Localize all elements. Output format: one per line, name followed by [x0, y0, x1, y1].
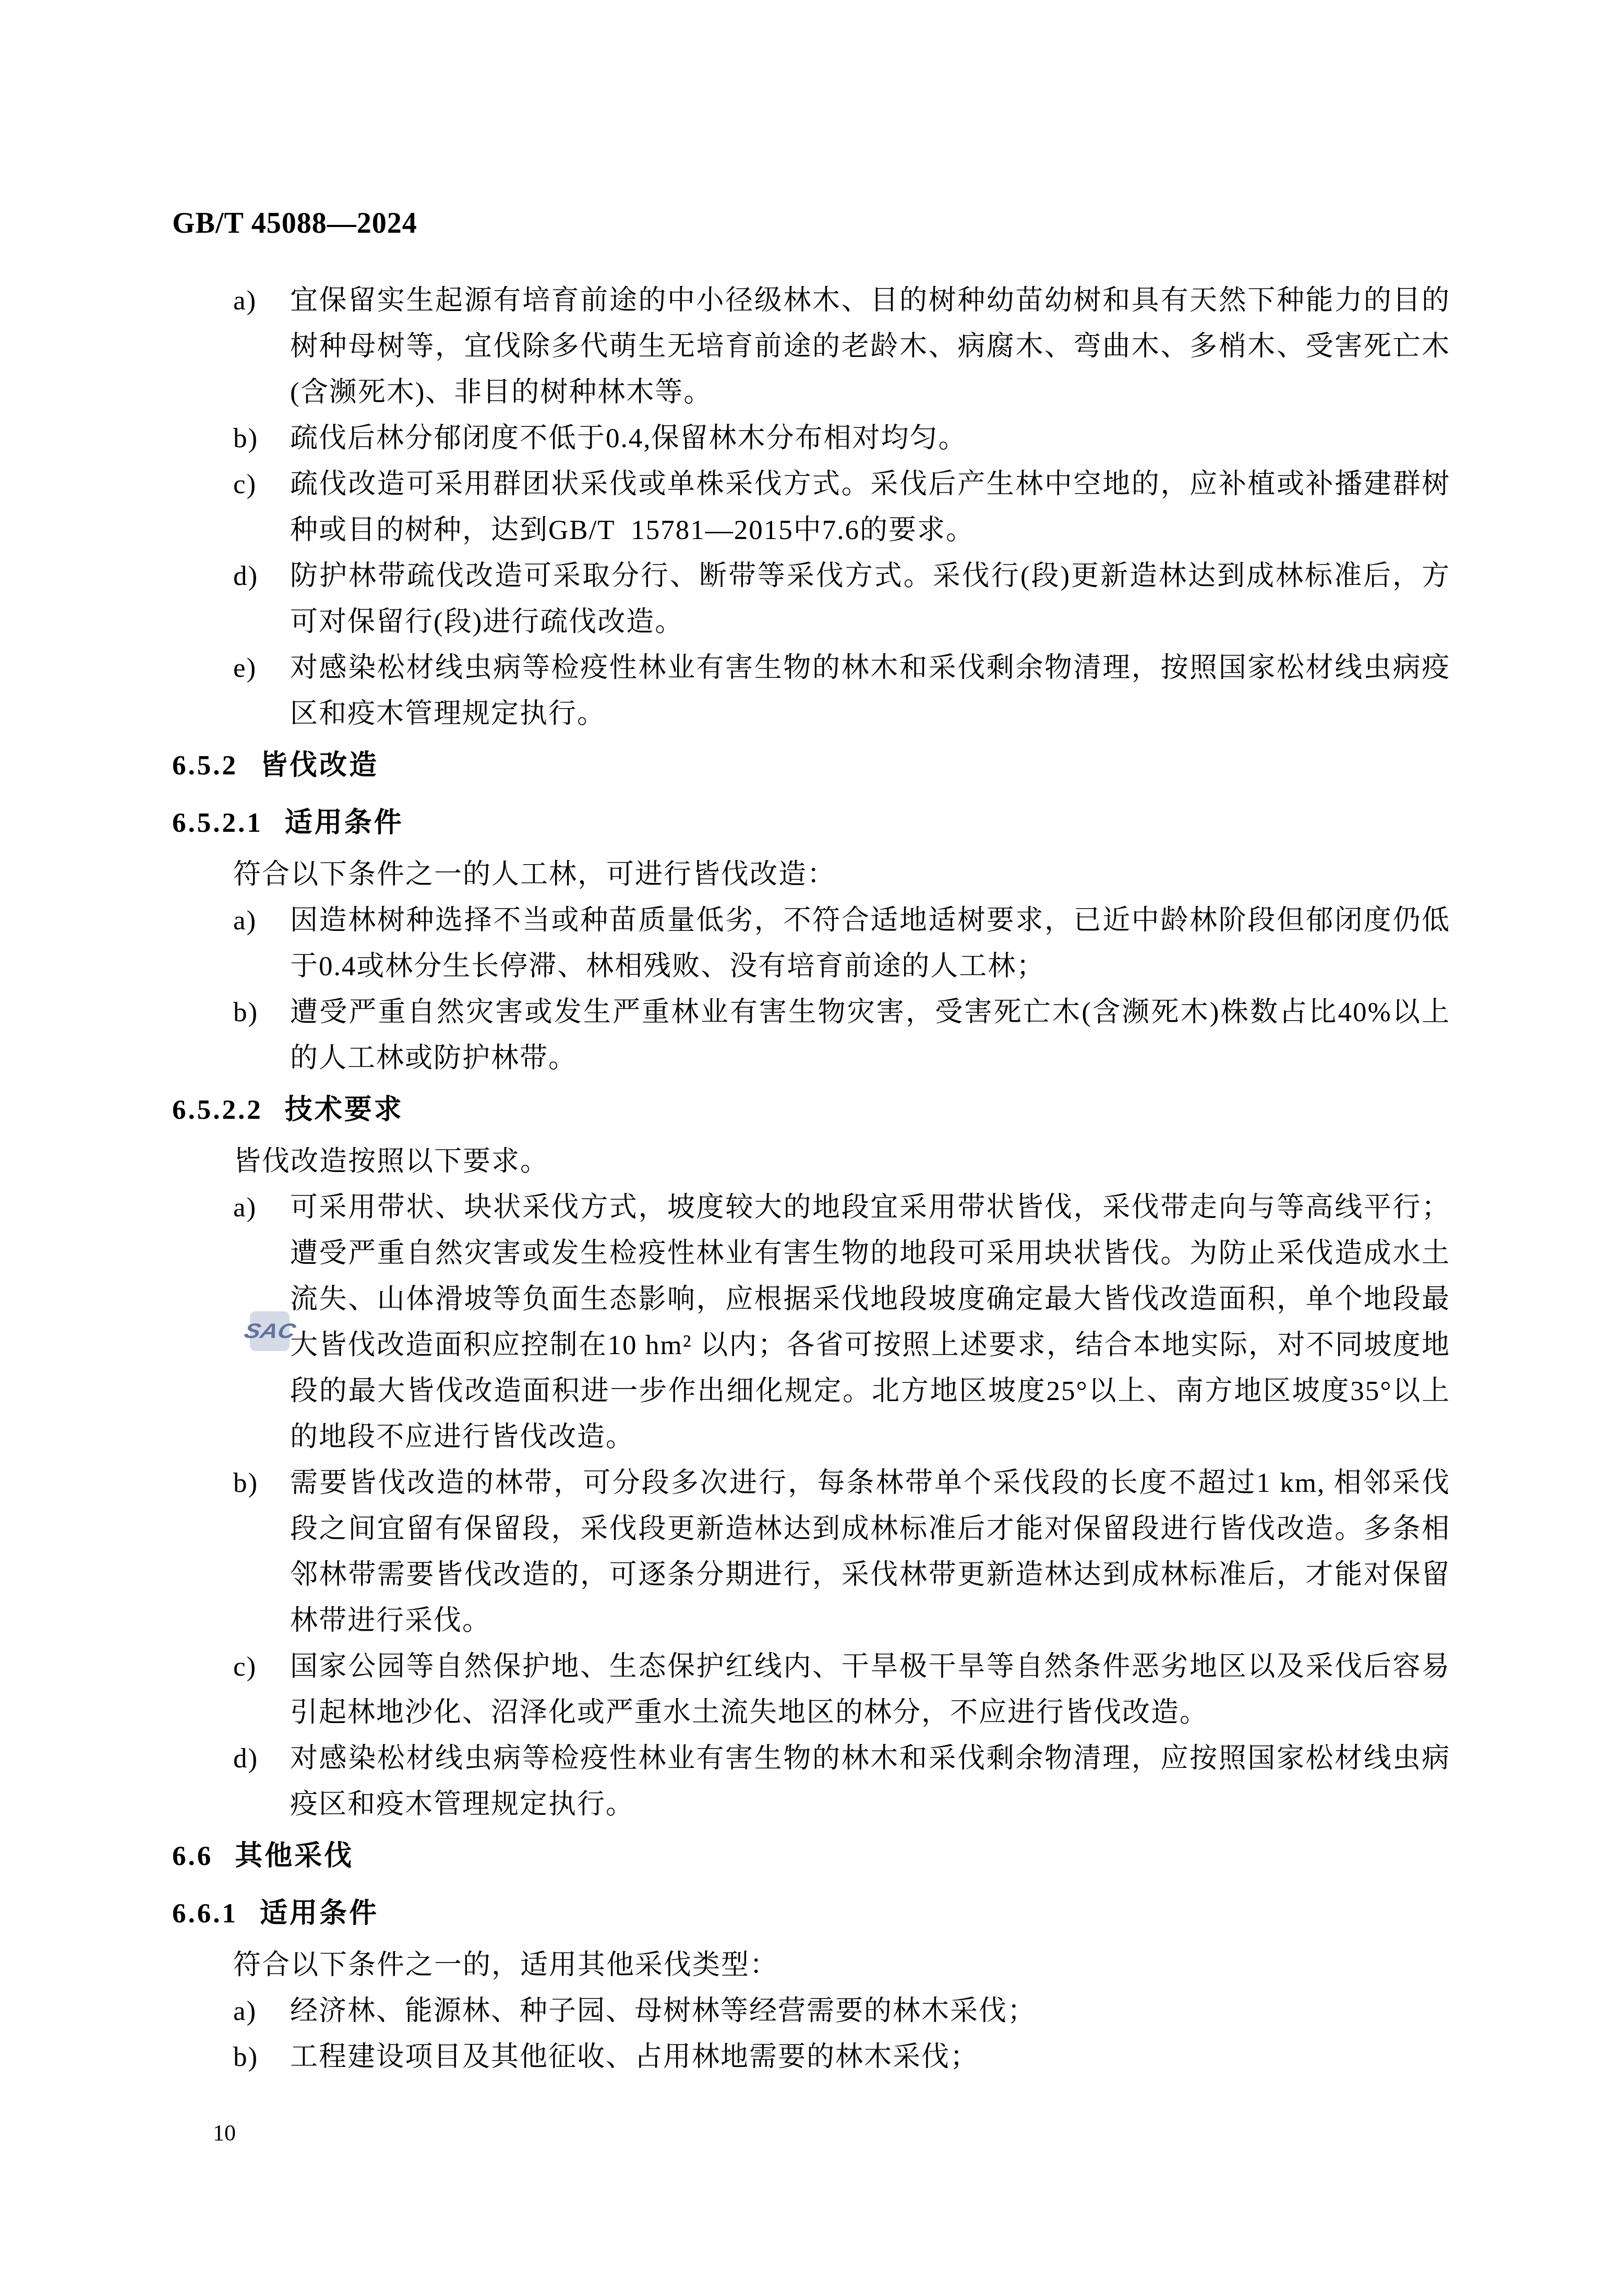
item-label: a) — [233, 898, 290, 989]
heading-title: 适用条件 — [285, 800, 404, 846]
list-item: d) 防护林带疏伐改造可采取分行、断带等采伐方式。采伐行(段)更新造林达到成林标… — [172, 553, 1450, 645]
item-label: c) — [233, 1644, 290, 1736]
item-text: 工程建设项目及其他征收、占用林地需要的林木采伐； — [290, 2034, 1450, 2080]
heading-title: 技术要求 — [285, 1087, 404, 1133]
item-label: c) — [233, 461, 290, 553]
item-text: 宜保留实生起源有培育前途的中小径级林木、目的树种幼苗幼树和具有天然下种能力的目的… — [290, 278, 1450, 415]
page-number: 10 — [213, 2120, 236, 2147]
section-heading-6-6-1: 6.6.1 适用条件 — [172, 1885, 1450, 1942]
page-content: a) 宜保留实生起源有培育前途的中小径级林木、目的树种幼苗幼树和具有天然下种能力… — [172, 278, 1450, 2080]
item-label: b) — [233, 415, 290, 461]
item-label: e) — [233, 645, 290, 737]
heading-number: 6.6.1 — [172, 1891, 238, 1936]
item-text: 国家公园等自然保护地、生态保护红线内、干旱极干旱等自然条件恶劣地区以及采伐后容易… — [290, 1644, 1450, 1736]
list-item: a) 经济林、能源林、种子园、母树林等经营需要的林木采伐； — [172, 1988, 1450, 2034]
section-heading-6-5-2: 6.5.2 皆伐改造 — [172, 737, 1450, 794]
list-item: d) 对感染松材线虫病等检疫性林业有害生物的林木和采伐剩余物清理，应按照国家松材… — [172, 1736, 1450, 1827]
item-text: 防护林带疏伐改造可采取分行、断带等采伐方式。采伐行(段)更新造林达到成林标准后，… — [290, 553, 1450, 645]
heading-title: 皆伐改造 — [260, 743, 379, 788]
doc-code: GB/T 45088—2024 — [172, 207, 1622, 240]
document-page: SAC GB/T 45088—2024 a) 宜保留实生起源有培育前途的中小径级… — [0, 0, 1622, 2296]
item-label: b) — [233, 1460, 290, 1644]
list-item: a) 可采用带状、块状采伐方式，坡度较大的地段宜采用带状皆伐，采伐带走向与等高线… — [172, 1185, 1450, 1460]
item-text: 可采用带状、块状采伐方式，坡度较大的地段宜采用带状皆伐，采伐带走向与等高线平行；… — [290, 1185, 1450, 1460]
section-heading-6-5-2-1: 6.5.2.1 适用条件 — [172, 794, 1450, 852]
item-text: 遭受严重自然灾害或发生严重林业有害生物灾害，受害死亡木(含濒死木)株数占比40%… — [290, 989, 1450, 1081]
paragraph: 符合以下条件之一的，适用其他采伐类型： — [172, 1942, 1450, 1988]
heading-title: 适用条件 — [260, 1891, 379, 1936]
list-item: e) 对感染松材线虫病等检疫性林业有害生物的林木和采伐剩余物清理，按照国家松材线… — [172, 645, 1450, 737]
list-item: c) 疏伐改造可采用群团状采伐或单株采伐方式。采伐后产生林中空地的，应补植或补播… — [172, 461, 1450, 553]
item-label: b) — [233, 989, 290, 1081]
item-label: d) — [233, 1736, 290, 1827]
item-text: 对感染松材线虫病等检疫性林业有害生物的林木和采伐剩余物清理，按照国家松材线虫病疫… — [290, 645, 1450, 737]
item-text: 需要皆伐改造的林带，可分段多次进行，每条林带单个采伐段的长度不超过1 km, 相… — [290, 1460, 1450, 1644]
paragraph: 皆伐改造按照以下要求。 — [172, 1139, 1450, 1185]
item-text: 对感染松材线虫病等检疫性林业有害生物的林木和采伐剩余物清理，应按照国家松材线虫病… — [290, 1736, 1450, 1827]
section-heading-6-6: 6.6 其他采伐 — [172, 1827, 1450, 1885]
item-label: d) — [233, 553, 290, 645]
heading-number: 6.5.2 — [172, 743, 238, 788]
list-item: b) 工程建设项目及其他征收、占用林地需要的林木采伐； — [172, 2034, 1450, 2080]
heading-number: 6.5.2.1 — [172, 800, 263, 846]
heading-number: 6.5.2.2 — [172, 1087, 263, 1133]
list-item: a) 因造林树种选择不当或种苗质量低劣，不符合适地适树要求，已近中龄林阶段但郁闭… — [172, 898, 1450, 989]
item-label: a) — [233, 1988, 290, 2034]
list-item: b) 遭受严重自然灾害或发生严重林业有害生物灾害，受害死亡木(含濒死木)株数占比… — [172, 989, 1450, 1081]
item-label: a) — [233, 278, 290, 415]
item-text: 疏伐改造可采用群团状采伐或单株采伐方式。采伐后产生林中空地的，应补植或补播建群树… — [290, 461, 1450, 553]
list-item: c) 国家公园等自然保护地、生态保护红线内、干旱极干旱等自然条件恶劣地区以及采伐… — [172, 1644, 1450, 1736]
heading-title: 其他采伐 — [235, 1833, 354, 1879]
item-label: a) — [233, 1185, 290, 1460]
heading-number: 6.6 — [172, 1833, 213, 1879]
item-label: b) — [233, 2034, 290, 2080]
list-item: a) 宜保留实生起源有培育前途的中小径级林木、目的树种幼苗幼树和具有天然下种能力… — [172, 278, 1450, 415]
item-text: 经济林、能源林、种子园、母树林等经营需要的林木采伐； — [290, 1988, 1450, 2034]
paragraph: 符合以下条件之一的人工林，可进行皆伐改造： — [172, 852, 1450, 898]
item-text: 疏伐后林分郁闭度不低于0.4,保留林木分布相对均匀。 — [290, 415, 1450, 461]
section-heading-6-5-2-2: 6.5.2.2 技术要求 — [172, 1081, 1450, 1139]
list-item: b) 需要皆伐改造的林带，可分段多次进行，每条林带单个采伐段的长度不超过1 km… — [172, 1460, 1450, 1644]
item-text: 因造林树种选择不当或种苗质量低劣，不符合适地适树要求，已近中龄林阶段但郁闭度仍低… — [290, 898, 1450, 989]
list-item: b) 疏伐后林分郁闭度不低于0.4,保留林木分布相对均匀。 — [172, 415, 1450, 461]
